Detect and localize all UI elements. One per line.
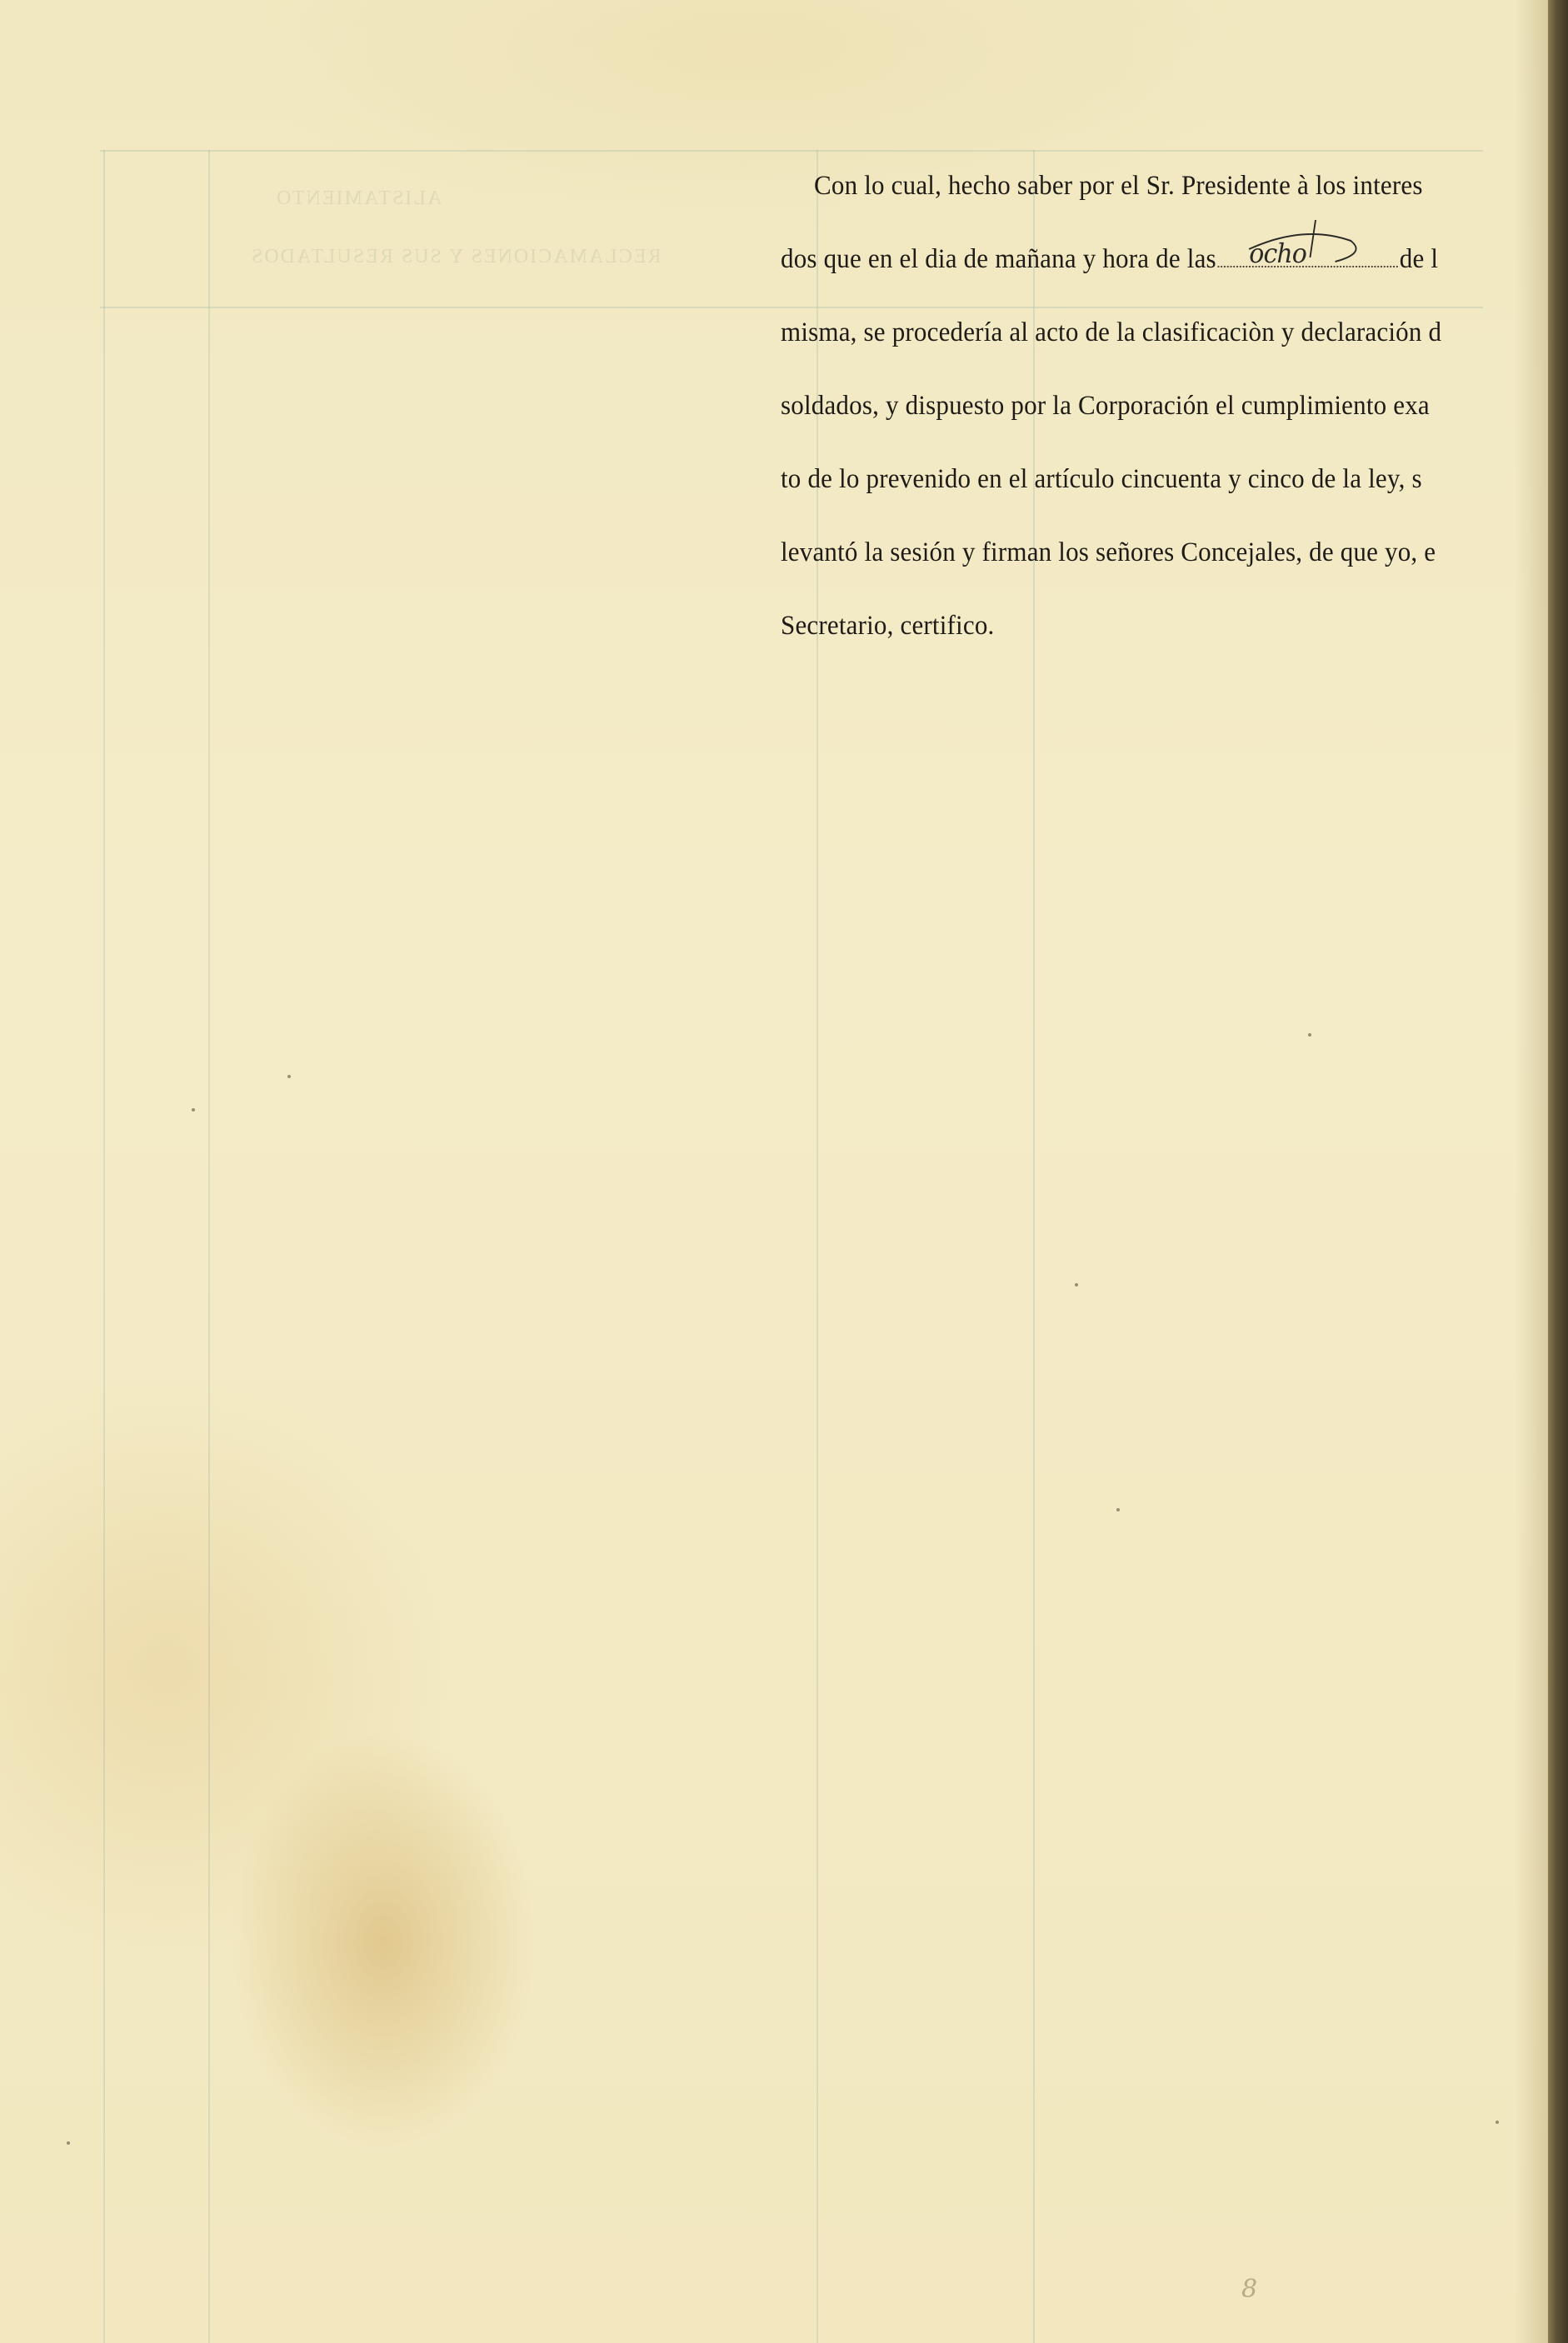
ruled-line-vertical — [103, 150, 105, 2343]
handwritten-hour: ocho — [1249, 237, 1306, 269]
paper-speck — [287, 1075, 291, 1078]
paper-speck — [67, 2141, 70, 2145]
text-line-7: Secretario, certifico. — [781, 611, 994, 642]
paper-speck — [1496, 2121, 1499, 2124]
fill-in-blank: ocho — [1218, 249, 1398, 267]
paper-background — [0, 0, 1568, 2343]
page-fold-shadow — [1515, 0, 1548, 2343]
text-line-2: dos que en el dia de mañana y hora de la… — [781, 244, 1438, 275]
ruled-line-horizontal — [100, 150, 1483, 152]
ruled-line-vertical — [208, 150, 210, 2343]
paper-speck — [192, 1108, 195, 1112]
text-line-2-end: de l — [1400, 244, 1438, 274]
text-line-4: soldados, y dispuesto por la Corporación… — [781, 391, 1430, 422]
text-line-3: misma, se procedería al acto de la clasi… — [781, 317, 1441, 348]
showthrough-heading: ALISTAMIENTO — [275, 187, 442, 210]
text-line-5: to de lo prevenido en el artículo cincue… — [781, 464, 1422, 495]
showthrough-subheading: RECLAMACIONES Y SUS RESULTADOS — [250, 246, 661, 268]
text-line-2-start: dos que en el dia de mañana y hora de la… — [781, 244, 1216, 274]
adjacent-page-edge — [1548, 0, 1568, 2343]
text-line-6: levantó la sesión y firman los señores C… — [781, 537, 1436, 568]
text-line-1: Con lo cual, hecho saber por el Sr. Pres… — [814, 171, 1423, 202]
paper-speck — [1075, 1283, 1078, 1286]
pencil-page-number: 8 — [1241, 2275, 1257, 2304]
paper-speck — [1116, 1508, 1120, 1511]
ruled-line-horizontal — [100, 307, 1483, 308]
paper-speck — [1308, 1033, 1311, 1037]
